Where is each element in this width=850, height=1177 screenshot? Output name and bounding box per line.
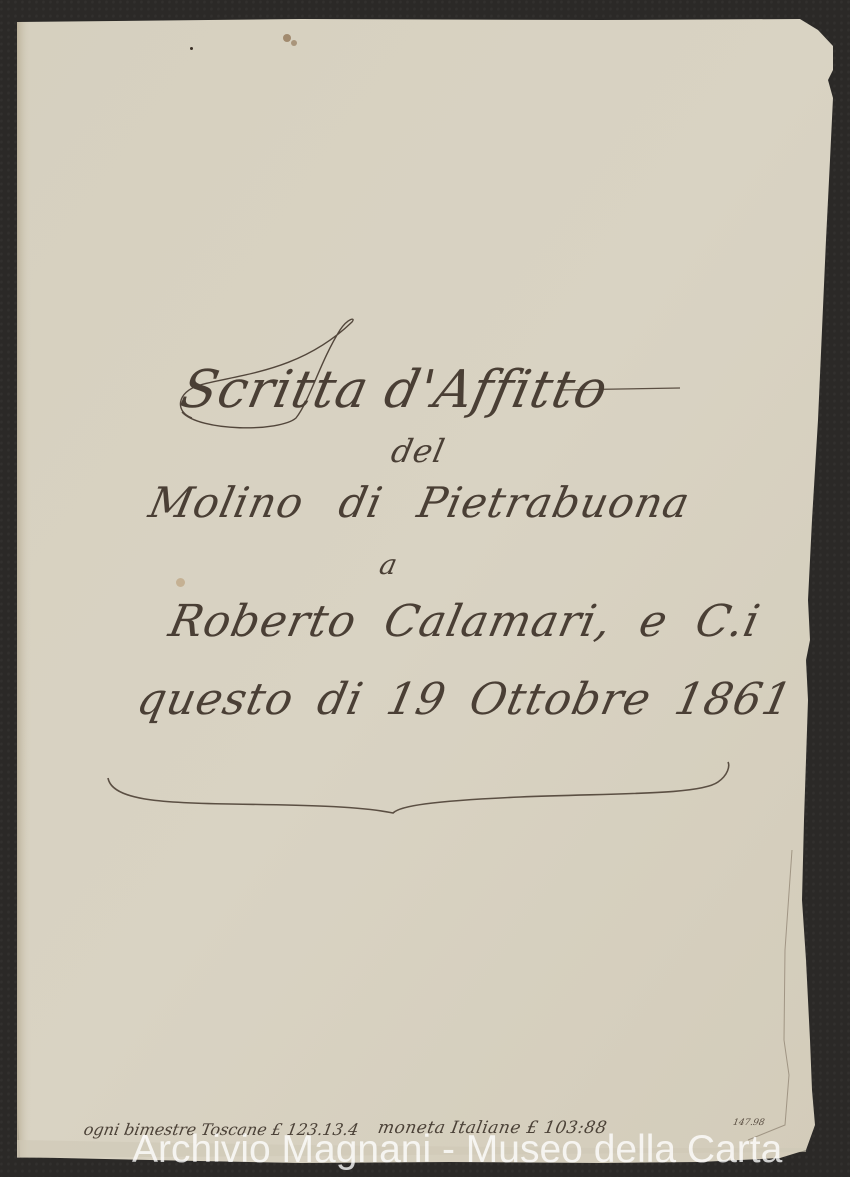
title-line-molino: Molino di Pietrabuona [145, 478, 695, 527]
footer-note-small-number: 147.98 [732, 1118, 765, 1128]
stain-spot [283, 34, 291, 42]
title-line-scritta-affitto: Scritta d'Affitto [176, 360, 614, 420]
stain-spot [291, 40, 297, 46]
manuscript-sheet: Scritta d'Affitto del Molino di Pietrabu… [0, 0, 850, 1177]
title-line-del: del [388, 432, 449, 470]
stain-spot [176, 578, 185, 587]
title-line-date: questo di 19 Ottobre 1861 [133, 674, 797, 725]
title-line-recipient: Roberto Calamari, e C.i [165, 596, 765, 647]
paper-shape [0, 0, 850, 1177]
stain-spot [190, 47, 193, 50]
archive-watermark: Archivio Magnani - Museo della Carta [132, 1128, 782, 1172]
